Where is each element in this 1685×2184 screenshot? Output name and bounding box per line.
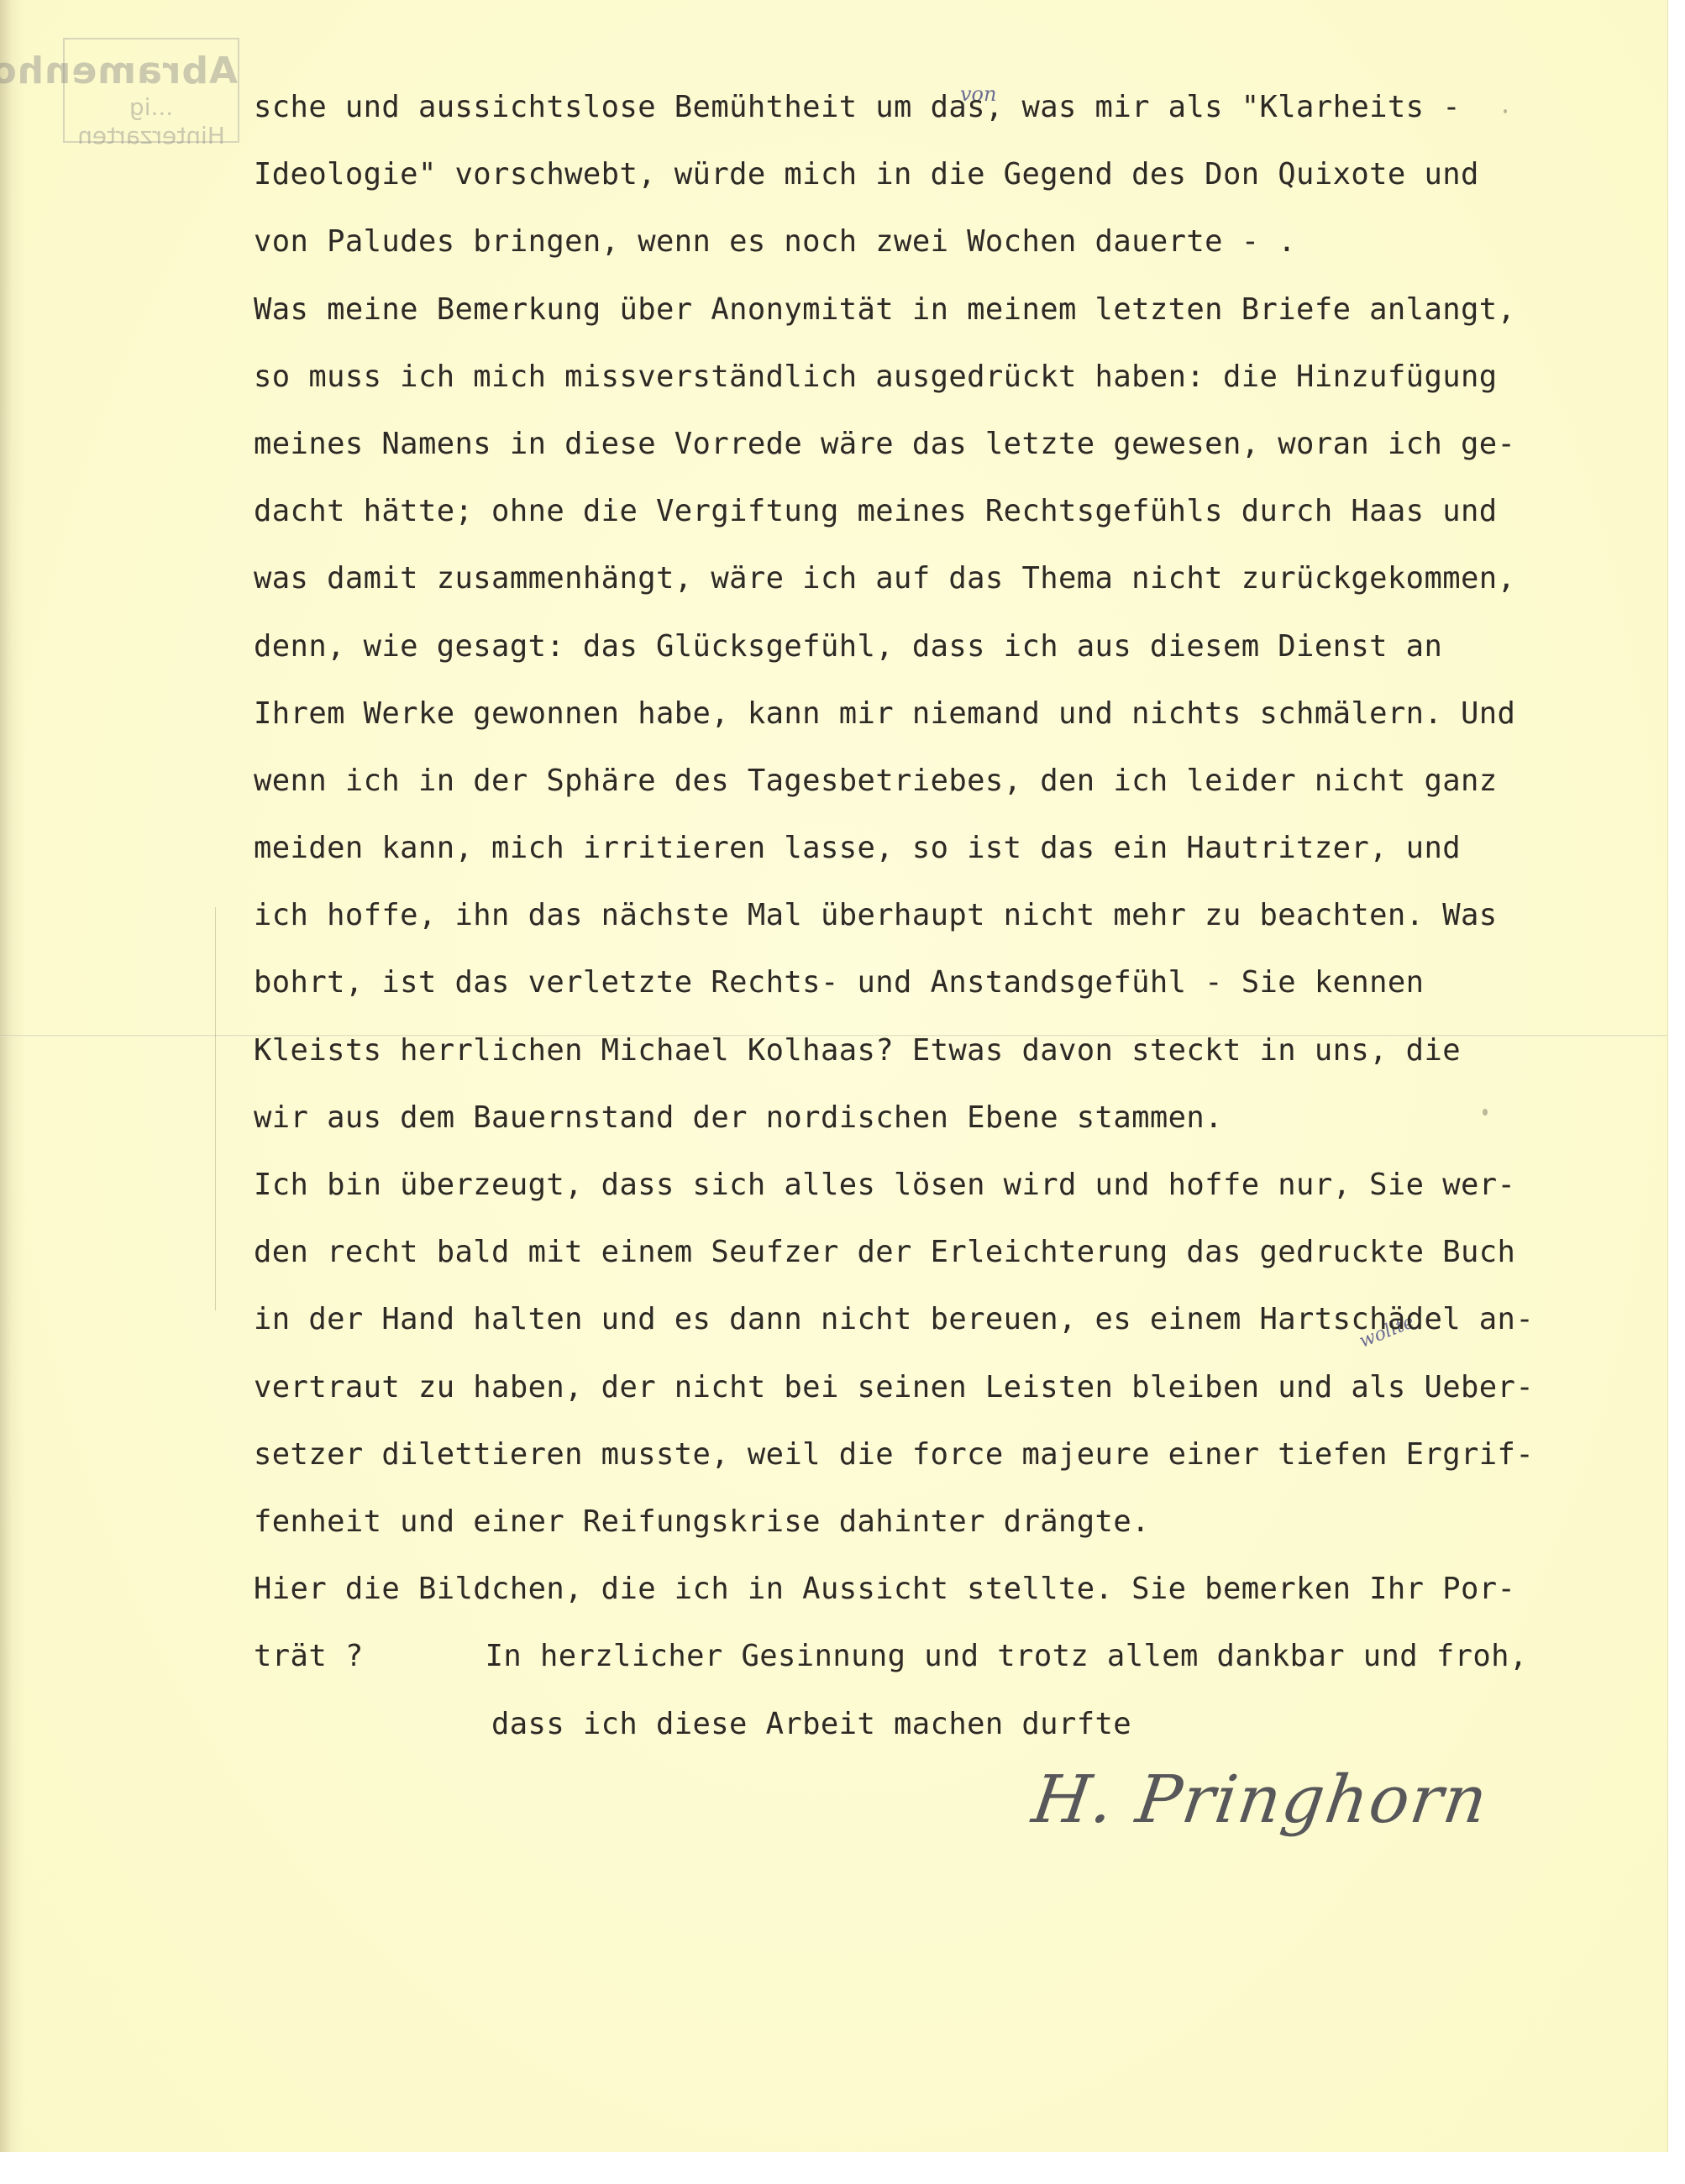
stamp-line-2: ...ig Hinterzarten bbox=[65, 93, 238, 150]
text-line: ich hoffe, ihn das nächste Mal überhaupt… bbox=[254, 890, 1665, 958]
letter-body: sche und aussichtslose Bemühtheit um das… bbox=[254, 82, 1665, 1767]
stamp-line-1: Abramenhof bbox=[65, 50, 238, 93]
text-line: Ich bin überzeugt, dass sich alles lösen… bbox=[254, 1160, 1665, 1227]
text-line: fenheit und einer Reifungskrise dahinter… bbox=[254, 1497, 1665, 1564]
text-line: vertraut zu haben, der nicht bei seinen … bbox=[254, 1362, 1665, 1430]
text-line: so muss ich mich missverständlich ausged… bbox=[254, 352, 1665, 419]
text-line: meiden kann, mich irritieren lasse, so i… bbox=[254, 823, 1665, 890]
text-line: Ihrem Werke gewonnen habe, kann mir niem… bbox=[254, 689, 1665, 756]
text-line: Hier die Bildchen, die ich in Aussicht s… bbox=[254, 1564, 1665, 1631]
text-line: meines Namens in diese Vorrede wäre das … bbox=[254, 419, 1665, 486]
closing-salutation: In herzlicher Gesinnung und trotz allem … bbox=[486, 1639, 1528, 1673]
archive-stamp: Abramenhof ...ig Hinterzarten bbox=[63, 38, 239, 143]
text-line: wir aus dem Bauernstand der nordischen E… bbox=[254, 1093, 1665, 1160]
closing-line-2: dass ich diese Arbeit machen durfte bbox=[254, 1699, 1665, 1767]
text-line: Was meine Bemerkung über Anonymität in m… bbox=[254, 285, 1665, 352]
handwritten-signature: H. Pringhorn bbox=[1028, 1762, 1493, 1838]
vertical-crease bbox=[215, 907, 216, 1310]
text-line: dacht hätte; ohne die Vergiftung meines … bbox=[254, 486, 1665, 554]
text-line: Kleists herrlichen Michael Kolhaas? Etwa… bbox=[254, 1026, 1665, 1093]
closing-line-1: trät ?In herzlicher Gesinnung und trotz … bbox=[254, 1631, 1665, 1698]
ink-speck bbox=[1483, 1109, 1488, 1116]
text-line: den recht bald mit einem Seufzer der Erl… bbox=[254, 1227, 1665, 1294]
text-line: was damit zusammenhängt, wäre ich auf da… bbox=[254, 554, 1665, 621]
ink-speck bbox=[1504, 109, 1507, 113]
text-line: denn, wie gesagt: das Glücksgefühl, dass… bbox=[254, 622, 1665, 689]
text-line: sche und aussichtslose Bemühtheit um das… bbox=[254, 82, 1665, 150]
text-line: in der Hand halten und es dann nicht ber… bbox=[254, 1294, 1665, 1362]
text-line: von Paludes bringen, wenn es noch zwei W… bbox=[254, 217, 1665, 284]
text-line: setzer dilettieren musste, weil die forc… bbox=[254, 1430, 1665, 1497]
text-line: wenn ich in der Sphäre des Tagesbetriebe… bbox=[254, 756, 1665, 823]
text-line: bohrt, ist das verletzte Rechts- und Ans… bbox=[254, 958, 1665, 1025]
letter-page: Abramenhof ...ig Hinterzarten von wollte… bbox=[0, 0, 1667, 2152]
closing-question: trät ? bbox=[254, 1639, 364, 1673]
text-line: Ideologie" vorschwebt, würde mich in die… bbox=[254, 150, 1665, 217]
